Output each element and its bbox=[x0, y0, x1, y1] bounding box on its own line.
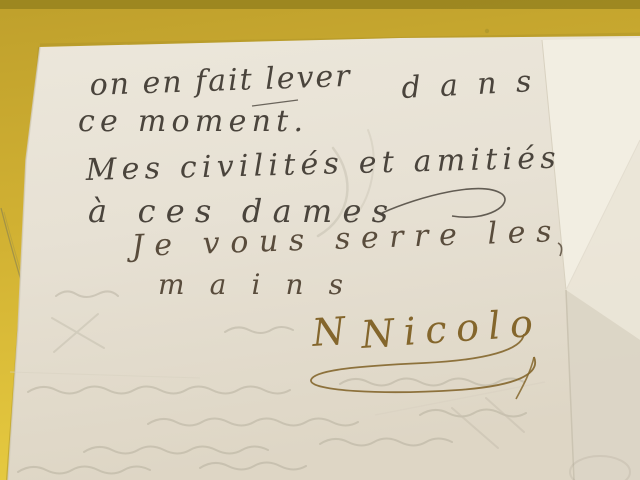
letter-paper bbox=[8, 36, 640, 480]
board-speck bbox=[485, 29, 489, 33]
photo-of-handwritten-letter: on en fait lever dans ce moment. Mes civ… bbox=[0, 0, 640, 480]
letter-photo-canvas: on en fait lever dans ce moment. Mes civ… bbox=[0, 0, 640, 480]
background-top-edge bbox=[0, 0, 640, 9]
signature-initial: N bbox=[310, 309, 349, 355]
